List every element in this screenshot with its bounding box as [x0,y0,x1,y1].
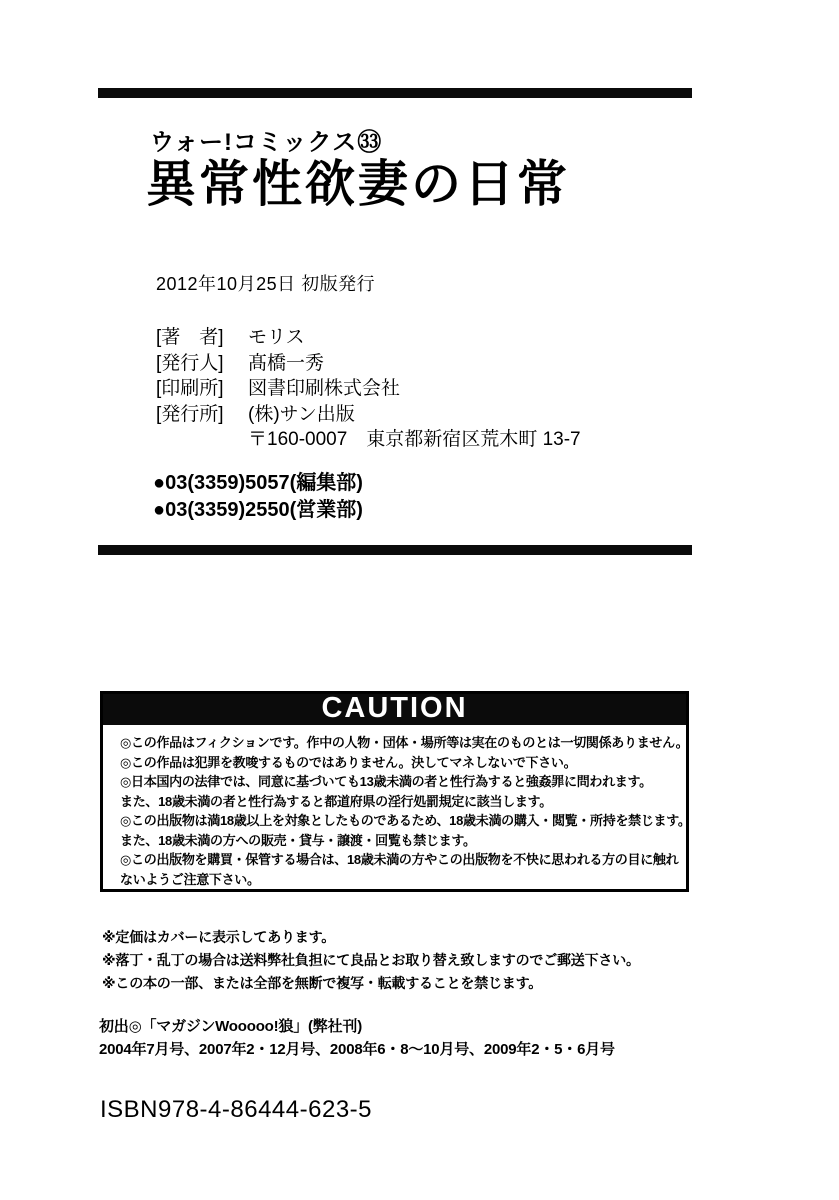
credit-value: (株)サン出版 [248,402,355,428]
caution-heading: CAUTION [321,694,467,725]
credit-value: モリス [248,325,305,351]
caution-line: ◎この出版物を購買・保管する場合は、18歳未満の方やこの出版物を不快に思われる方… [120,850,670,870]
credit-value: 図書印刷株式会社 [248,376,400,402]
first-publication: 初出◎「マガジンWooooo!狼」(弊社刊) 2004年7月号、2007年2・1… [99,1015,615,1061]
caution-line: また、18歳未満の方への販売・貸与・譲渡・回覧も禁じます。 [120,831,670,851]
caution-line: ◎この出版物は満18歳以上を対象としたものであるため、18歳未満の購入・閲覧・所… [120,811,670,831]
phone-number-sales: ●03(3359)2550(営業部) [153,497,363,524]
credit-label: [印刷所] [156,376,248,402]
first-publication-issues: 2004年7月号、2007年2・12月号、2008年6・8〜10月号、2009年… [99,1038,615,1061]
caution-line: ◎この作品はフィクションです。作中の人物・団体・場所等は実在のものとは一切関係あ… [120,733,670,753]
credit-row-author: [著 者] モリス [156,325,581,351]
phone-number-editorial: ●03(3359)5057(編集部) [153,470,363,497]
credit-label: [発行所] [156,402,248,428]
caution-box: CAUTION ◎この作品はフィクションです。作中の人物・団体・場所等は実在のも… [100,691,689,892]
credit-label-spacer [156,427,248,453]
phone-list: ●03(3359)5057(編集部) ●03(3359)2550(営業部) [153,470,363,524]
middle-rule [98,545,692,555]
caution-line: ◎日本国内の法律では、同意に基づいても13歳未満の者と性行為すると強姦罪に問われ… [120,772,670,792]
credit-label: [著 者] [156,325,248,351]
colophon-page: ウォー!コミックス㉝ 異常性欲妻の日常 2012年10月25日 初版発行 [著 … [0,0,839,1200]
credit-row-printer: [印刷所] 図書印刷株式会社 [156,376,581,402]
caution-line: ◎この作品は犯罪を教唆するものではありません。決してマネしないで下さい。 [120,753,670,773]
caution-body: ◎この作品はフィクションです。作中の人物・団体・場所等は実在のものとは一切関係あ… [103,725,686,889]
edition-date: 2012年10月25日 初版発行 [156,270,375,296]
credit-row-address: 〒160-0007 東京都新宿区荒木町 13-7 [156,427,581,453]
credit-value: 髙橋一秀 [248,351,324,377]
publisher-address: 〒160-0007 東京都新宿区荒木町 13-7 [248,427,581,453]
credits-list: [著 者] モリス [発行人] 髙橋一秀 [印刷所] 図書印刷株式会社 [発行所… [156,325,581,453]
notice-line-defects: ※落丁・乱丁の場合は送料弊社負担にて良品とお取り替え致しますのでご郵送下さい。 [102,949,640,972]
credit-label: [発行人] [156,351,248,377]
caution-header: CAUTION [103,694,686,725]
top-rule [98,88,692,98]
notice-line-copyright: ※この本の一部、または全部を無断で複写・転載することを禁じます。 [102,972,640,995]
isbn-number: ISBN978-4-86444-623-5 [100,1096,372,1124]
caution-line: ないようご注意下さい。 [120,870,670,890]
credit-row-publishing-house: [発行所] (株)サン出版 [156,402,581,428]
credit-row-publisher-person: [発行人] 髙橋一秀 [156,351,581,377]
first-publication-source: 初出◎「マガジンWooooo!狼」(弊社刊) [99,1015,615,1038]
notice-list: ※定価はカバーに表示してあります。 ※落丁・乱丁の場合は送料弊社負担にて良品とお… [102,926,640,995]
caution-line: また、18歳未満の者と性行為すると都道府県の淫行処罰規定に該当します。 [120,792,670,812]
book-title: 異常性欲妻の日常 [146,157,570,212]
series-label: ウォー!コミックス㉝ [150,122,382,157]
notice-line-price: ※定価はカバーに表示してあります。 [102,926,640,949]
